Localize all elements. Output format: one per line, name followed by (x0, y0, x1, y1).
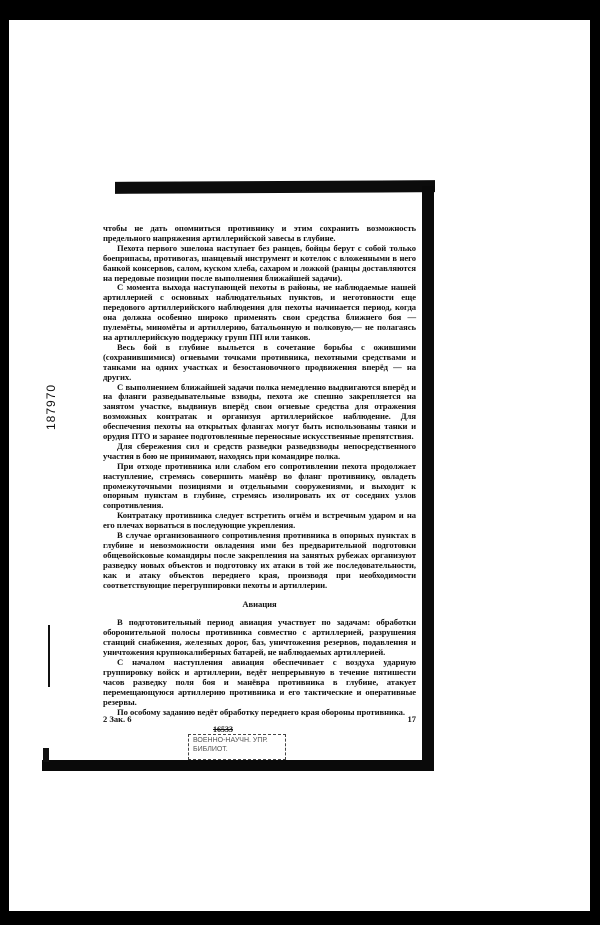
paragraph: С началом наступления авиация обеспечива… (103, 658, 416, 708)
stamp-line: ВОЕННО-НАУЧН. УПР. (193, 736, 281, 745)
page-border-bottom (42, 760, 434, 771)
margin-mark (48, 625, 50, 687)
stamp-number: 16533 (213, 725, 233, 734)
paragraph: В подготовительный период авиация участв… (103, 618, 416, 658)
paragraph: С выполнением ближайшей задачи полка нем… (103, 383, 416, 442)
paragraph: Для сбережения сил и средств разведки ра… (103, 442, 416, 462)
library-stamp: ВОЕННО-НАУЧН. УПР. БИБЛИОТ. (188, 734, 286, 760)
page-border-top (115, 180, 435, 194)
page-corner-mark (43, 748, 49, 762)
archive-number: 187970 (44, 384, 58, 430)
page-number: 17 (408, 714, 417, 724)
paragraph: Контратаку противника следует встретить … (103, 511, 416, 531)
page-border-right (422, 186, 434, 768)
paragraph: В случае организованного сопротивления п… (103, 531, 416, 590)
paragraph: По особому заданию ведёт обработку перед… (103, 708, 416, 718)
paragraph: При отходе противника или слабом его соп… (103, 462, 416, 512)
stamp-line: БИБЛИОТ. (193, 745, 281, 754)
section-heading: Авиация (103, 600, 416, 610)
paragraph: С момента выхода наступающей пехоты в ра… (103, 283, 416, 342)
paragraph: Весь бой в глубине выльется в сочетание … (103, 343, 416, 383)
paragraph: Пехота первого эшелона наступает без ран… (103, 244, 416, 284)
page-body: чтобы не дать опомниться противнику и эт… (103, 224, 416, 718)
print-signature: 2 Зак. 6 (103, 714, 132, 724)
paragraph: чтобы не дать опомниться противнику и эт… (103, 224, 416, 244)
